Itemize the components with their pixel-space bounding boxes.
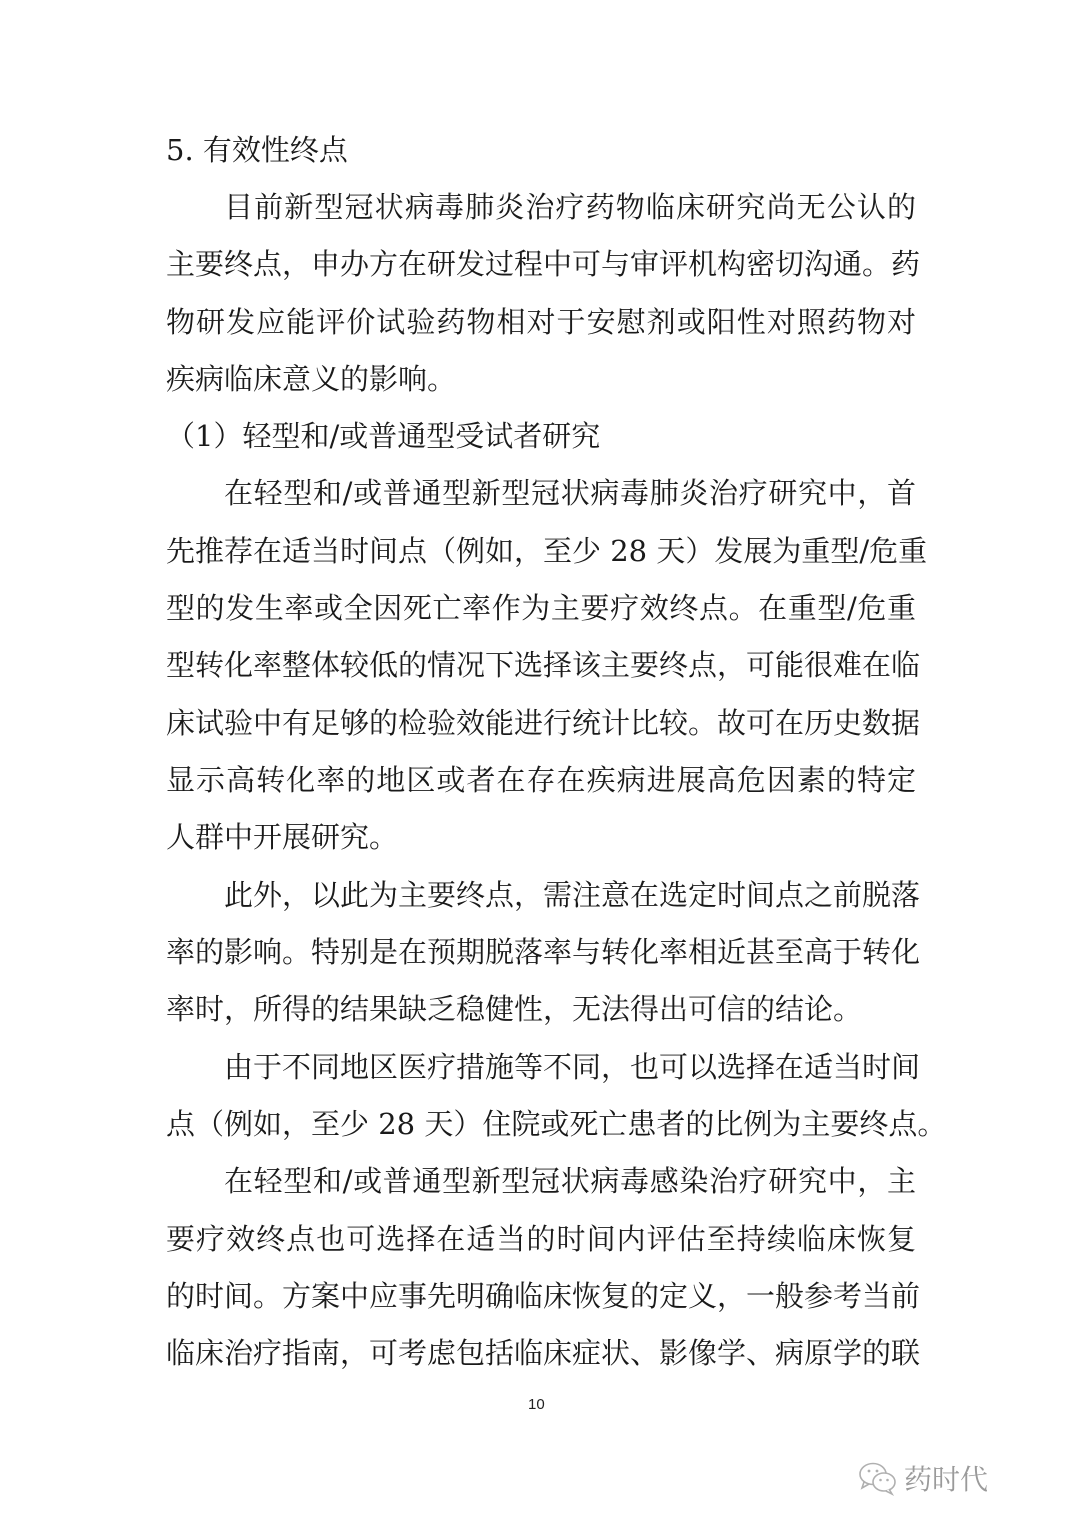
paragraph-line: 人群中开展研究。 — [166, 817, 916, 857]
paragraph-line: 目前新型冠状病毒肺炎治疗药物临床研究尚无公认的 — [224, 187, 916, 227]
paragraph-line: 的时间。方案中应事先明确临床恢复的定义，一般参考当前 — [166, 1276, 916, 1316]
paragraph-line: 点（例如，至少 28 天）住院或死亡患者的比例为主要终点。 — [166, 1104, 916, 1144]
paragraph-line: 型转化率整体较低的情况下选择该主要终点，可能很难在临 — [166, 645, 916, 685]
section-heading: 5. 有效性终点 — [166, 130, 916, 170]
paragraph-line: 要疗效终点也可选择在适当的时间内评估至持续临床恢复 — [166, 1219, 916, 1259]
page-number: 10 — [528, 1396, 545, 1413]
paragraph-line: 显示高转化率的地区或者在存在疾病进展高危因素的特定 — [166, 760, 916, 800]
paragraph-line: 此外，以此为主要终点，需注意在选定时间点之前脱落 — [224, 875, 916, 915]
paragraph-line: 型的发生率或全因死亡率作为主要疗效终点。在重型/危重 — [166, 588, 916, 628]
paragraph-line: 疾病临床意义的影响。 — [166, 359, 916, 399]
wechat-icon — [858, 1460, 898, 1496]
paragraph-line: 由于不同地区医疗措施等不同，也可以选择在适当时间 — [224, 1047, 916, 1087]
paragraph-line: 率时，所得的结果缺乏稳健性，无法得出可信的结论。 — [166, 989, 916, 1029]
paragraph-line: 在轻型和/或普通型新型冠状病毒肺炎治疗研究中，首 — [224, 473, 916, 513]
paragraph-line: 物研发应能评价试验药物相对于安慰剂或阳性对照药物对 — [166, 302, 916, 342]
paragraph-line: 率的影响。特别是在预期脱落率与转化率相近甚至高于转化 — [166, 932, 916, 972]
watermark-label: 药时代 — [904, 1458, 988, 1498]
watermark: 药时代 — [858, 1458, 988, 1498]
paragraph-line: 主要终点，申办方在研发过程中可与审评机构密切沟通。药 — [166, 244, 916, 284]
paragraph-line: 临床治疗指南，可考虑包括临床症状、影像学、病原学的联 — [166, 1333, 916, 1373]
subheading: （1）轻型和/或普通型受试者研究 — [166, 416, 916, 456]
document-page: 5. 有效性终点 目前新型冠状病毒肺炎治疗药物临床研究尚无公认的 主要终点，申办… — [0, 0, 1080, 1527]
paragraph-line: 床试验中有足够的检验效能进行统计比较。故可在历史数据 — [166, 703, 916, 743]
paragraph-line: 在轻型和/或普通型新型冠状病毒感染治疗研究中，主 — [224, 1161, 916, 1201]
paragraph-line: 先推荐在适当时间点（例如，至少 28 天）发展为重型/危重 — [166, 531, 916, 571]
